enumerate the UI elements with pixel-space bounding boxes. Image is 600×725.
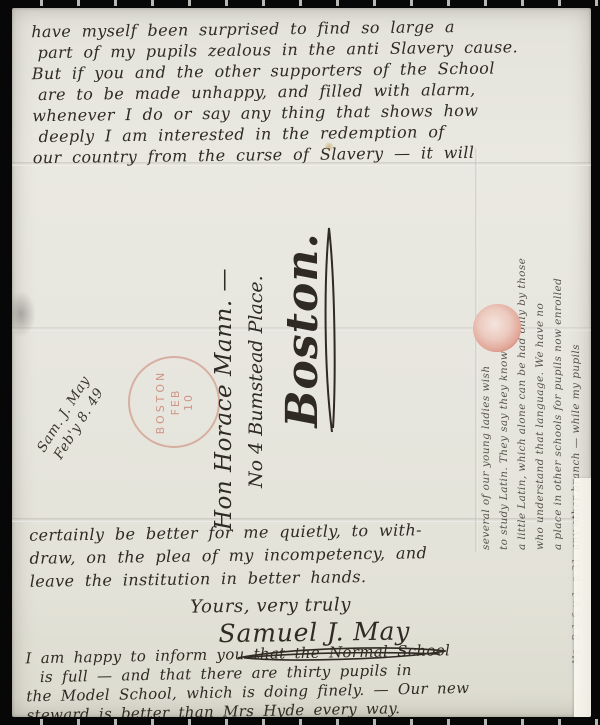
recipient-street: No 4 Bumstead Place. xyxy=(241,190,271,488)
postscript: I am happy to inform you that the Normal… xyxy=(25,639,586,717)
cross-writing-line: a place in other schools for pupils now … xyxy=(549,150,567,550)
cross-writing-line: who understand that language. We have no xyxy=(531,150,549,550)
letter-page: have myself been surprised to find so la… xyxy=(12,8,591,717)
letter-body-top: have myself been surprised to find so la… xyxy=(31,15,563,168)
docket-sender: Sam. J. May xyxy=(12,337,116,491)
destination-city: Boston. xyxy=(277,180,347,480)
recipient-name: Hon Horace Mann. — xyxy=(207,190,241,530)
smudge-stain xyxy=(12,291,36,337)
destination-city-text: Boston. xyxy=(277,232,328,427)
stain-spot xyxy=(324,142,334,151)
postmark-day: 10 xyxy=(182,393,195,411)
docket-note: Sam. J. May Feb'y 8. 49 xyxy=(12,337,135,502)
wax-seal xyxy=(473,304,521,352)
ruler-ticks-bottom xyxy=(6,719,600,725)
scan-frame: have myself been surprised to find so la… xyxy=(0,0,600,725)
postmark-city: BOSTON xyxy=(154,370,167,435)
ruler-ticks-top xyxy=(6,0,600,6)
cross-writing-line: a little Latin, which alone can be had o… xyxy=(513,150,531,550)
valediction: Yours, very truly xyxy=(190,591,575,617)
docket-date: Feb'y 8. 49 xyxy=(26,347,131,501)
recipient-address: Hon Horace Mann. — No 4 Bumstead Place. xyxy=(207,190,287,530)
postmark-month: FEB xyxy=(169,389,182,416)
tape-repair xyxy=(574,478,591,717)
